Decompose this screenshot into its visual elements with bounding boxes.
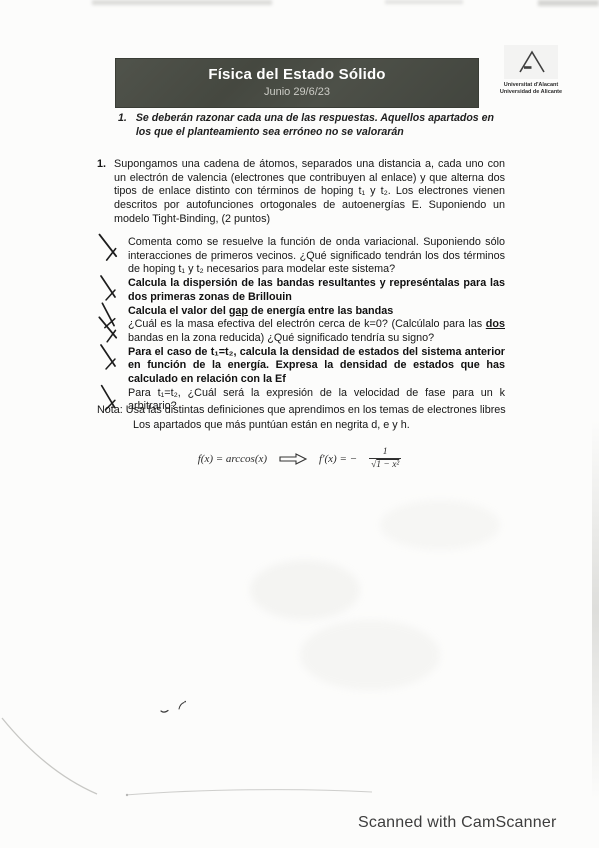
fraction-denominator: √1 − x² — [369, 458, 401, 471]
bleed-through-ghost — [250, 560, 360, 620]
item-text: Para el caso de t₁=t₂, calcula la densid… — [128, 346, 505, 385]
item-text: ¿Cuál es la masa efectiva del electrón c… — [128, 318, 486, 330]
question-item-a: Comenta como se resuelve la función de o… — [97, 236, 505, 277]
bleed-through-ghost — [380, 500, 500, 550]
university-name-line2: Universidad de Alicante — [492, 89, 570, 96]
question-item-d: ¿Cuál es la masa efectiva del electrón c… — [97, 318, 505, 345]
question-item-c: Calcula el valor del gap de energía entr… — [97, 305, 505, 319]
fraction-numerator: 1 — [383, 447, 388, 458]
checkmark-icon — [98, 344, 119, 371]
formula-rhs-prefix: f′(x) = − — [319, 453, 357, 465]
problem-text: Supongamos una cadena de átomos, separad… — [114, 158, 505, 227]
instruction-text: Se deberán razonar cada una de las respu… — [136, 112, 494, 140]
bleed-through-ghost — [300, 620, 440, 690]
scanned-exam-page: Física del Estado Sólido Junio 29/6/23 U… — [0, 0, 599, 848]
item-text: bandas en la zona reducida) ¿Qué signifi… — [128, 332, 434, 344]
general-instructions: 1. Se deberán razonar cada una de las re… — [118, 112, 494, 140]
item-text: Comenta como se resuelve la función de o… — [128, 236, 505, 275]
implies-arrow-icon — [278, 452, 308, 466]
exam-date: Junio 29/6/23 — [116, 86, 478, 98]
exam-title: Física del Estado Sólido — [116, 66, 478, 83]
note-line2: Los apartados que más puntúan están en n… — [133, 418, 509, 433]
item-emphasis: gap — [229, 305, 248, 317]
scan-smudge — [92, 0, 272, 5]
note-block: Nota: Usa las distintas definiciones que… — [97, 403, 509, 432]
formula-fraction: 1 √1 − x² — [369, 447, 401, 471]
item-emphasis: dos — [486, 318, 505, 330]
scan-smudge — [385, 0, 463, 4]
university-logo: Universitat d'Alacant Universidad de Ali… — [492, 45, 570, 96]
checkmark-icon — [98, 275, 119, 302]
formula: f(x) = arccos(x) f′(x) = − 1 √1 − x² — [0, 447, 599, 471]
university-name: Universitat d'Alacant Universidad de Ali… — [492, 82, 570, 96]
checkmark-icon — [96, 232, 121, 263]
question-item-b: Calcula la dispersión de las bandas resu… — [97, 277, 505, 304]
page-curl-crease — [0, 688, 400, 813]
camscanner-watermark: Scanned with CamScanner — [358, 814, 556, 832]
item-text: de energía entre las bandas — [248, 305, 393, 317]
radicand: 1 − x² — [376, 460, 399, 470]
item-text: Calcula el valor del — [128, 305, 229, 317]
problem-number: 1. — [97, 158, 106, 227]
item-text: Calcula la dispersión de las bandas resu… — [128, 277, 505, 303]
scan-edge-shadow — [592, 420, 599, 800]
university-name-line1: Universitat d'Alacant — [492, 82, 570, 89]
question-item-e: Para el caso de t₁=t₂, calcula la densid… — [97, 346, 505, 387]
checkmark-icon — [96, 314, 121, 344]
university-triangle-icon — [504, 45, 558, 79]
note-line1: Nota: Usa las distintas definiciones que… — [97, 403, 509, 418]
exam-header-bar: Física del Estado Sólido Junio 29/6/23 — [115, 58, 479, 108]
question-list: Comenta como se resuelve la función de o… — [97, 236, 505, 414]
problem-statement: 1. Supongamos una cadena de átomos, sepa… — [97, 158, 505, 227]
formula-lhs: f(x) = arccos(x) — [198, 453, 267, 465]
instruction-number: 1. — [118, 112, 127, 140]
scan-smudge — [538, 0, 599, 6]
